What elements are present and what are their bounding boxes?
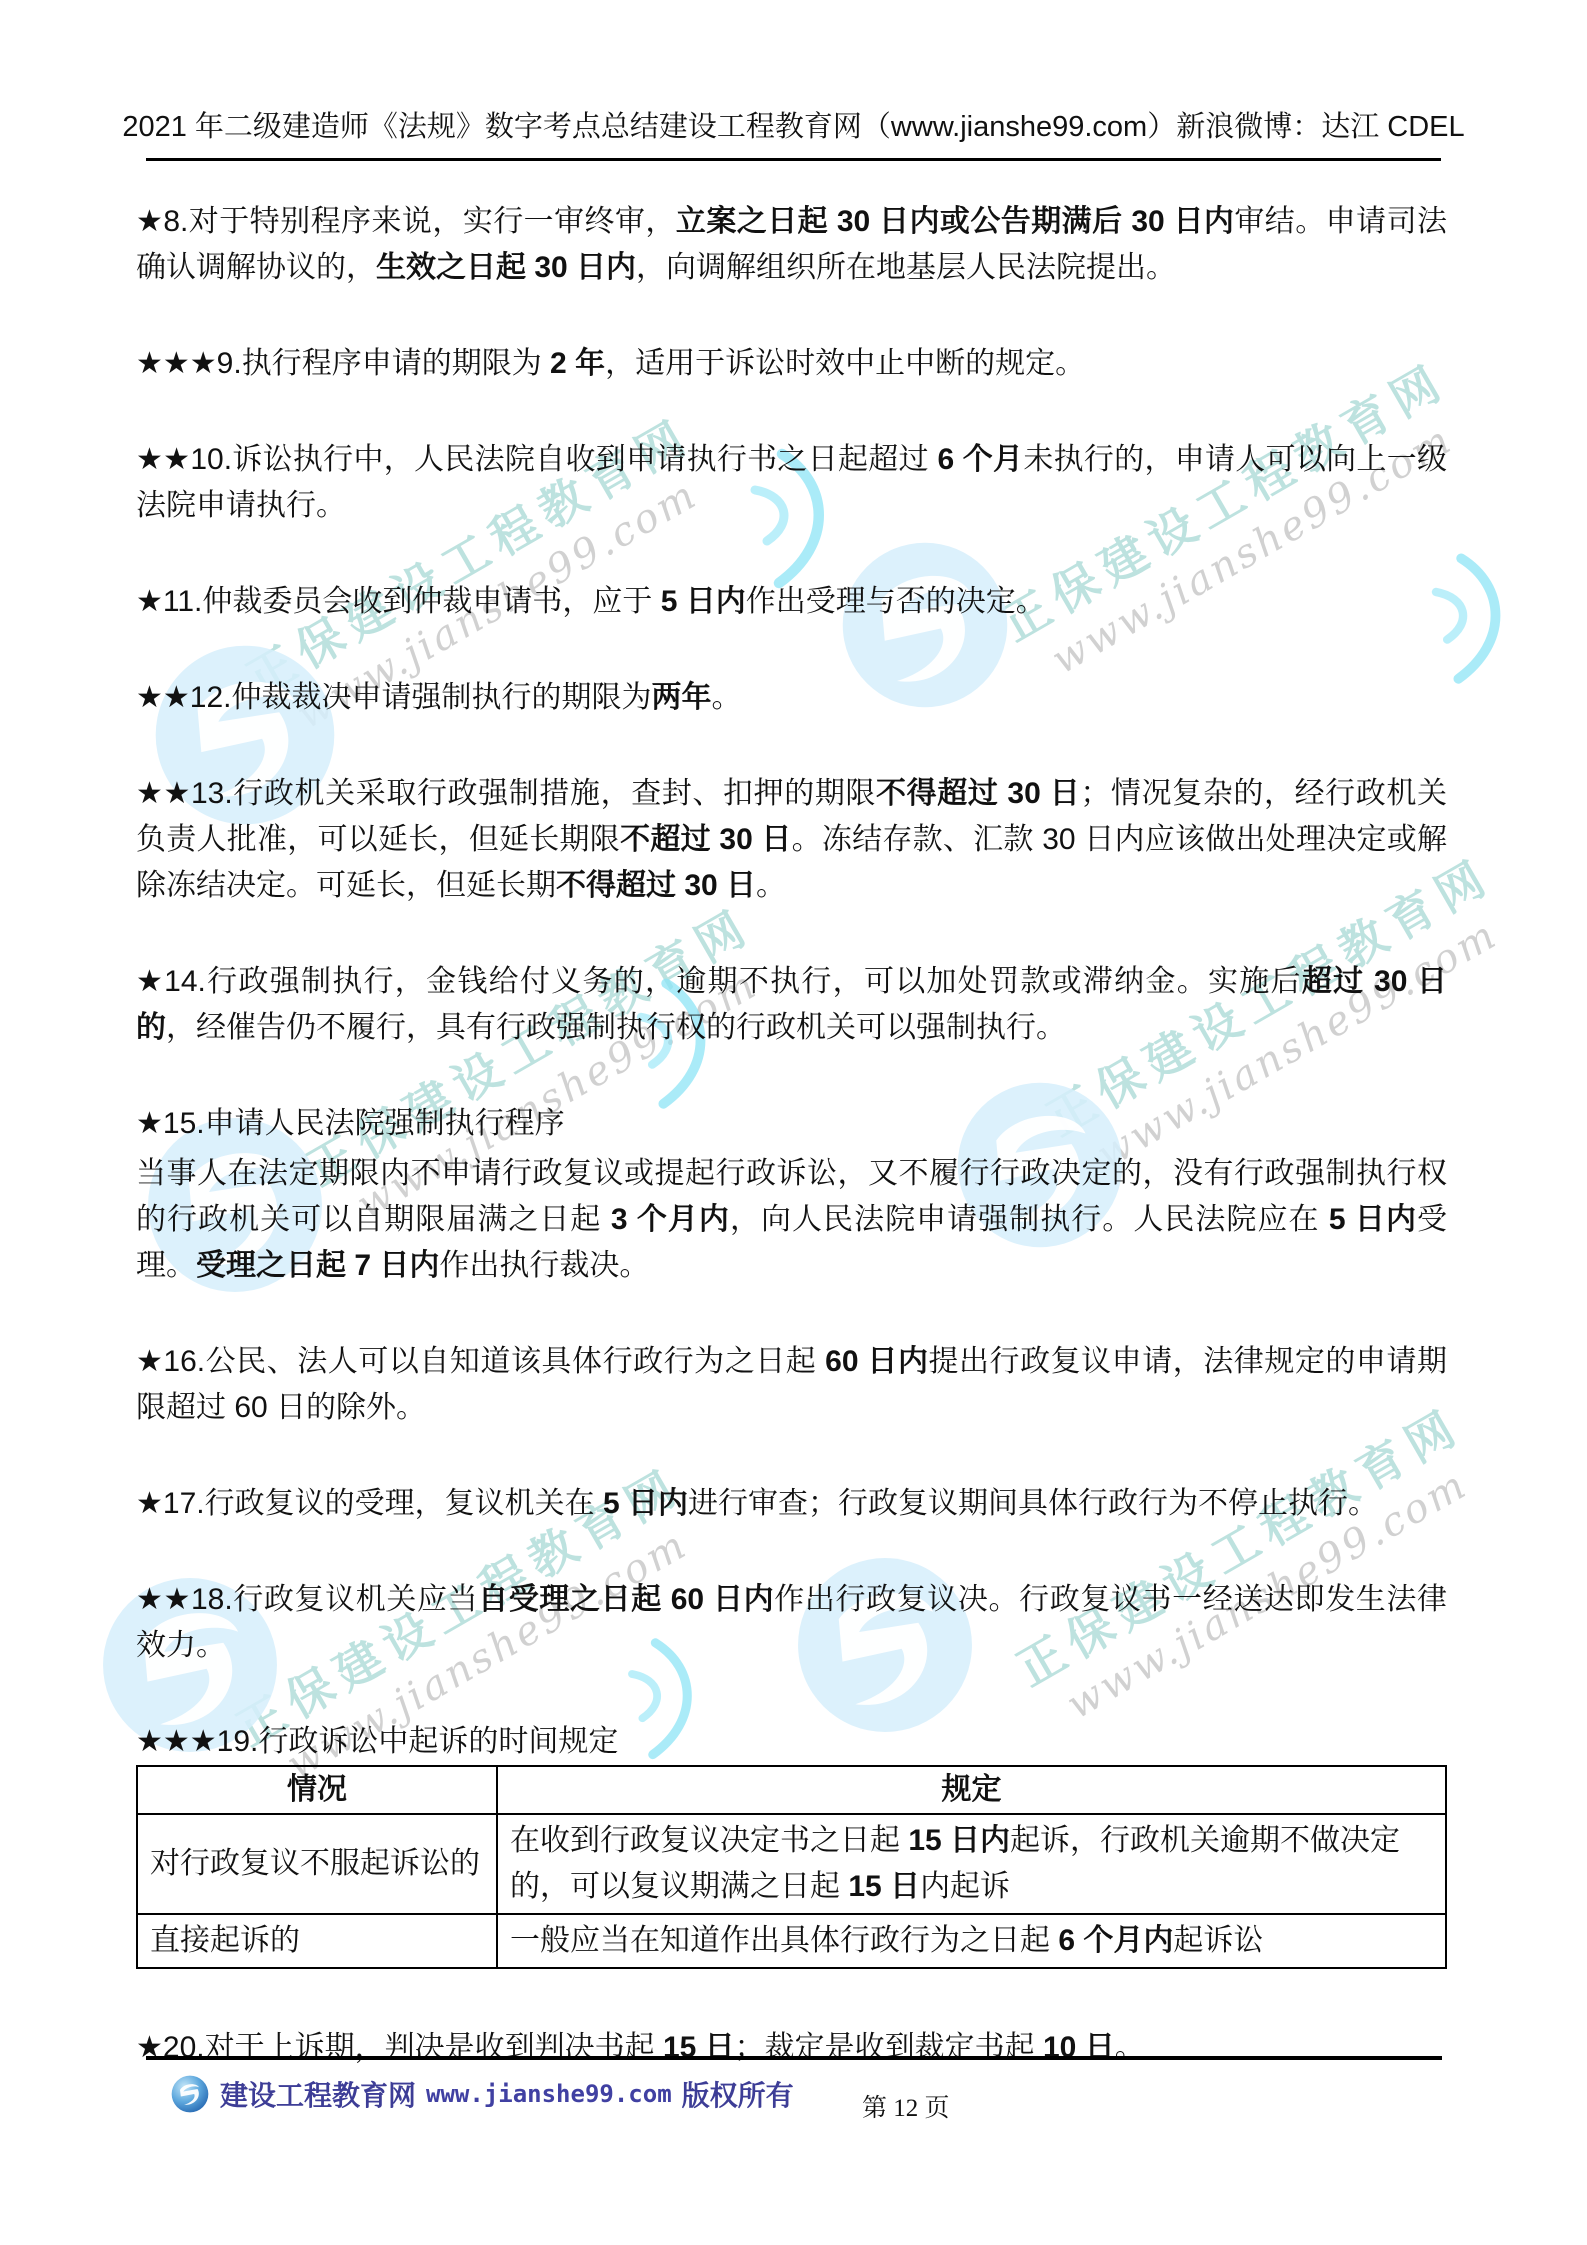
bold-text-run: 5 日内 — [1329, 1203, 1417, 1236]
text-run: ★★12.仲裁裁决申请强制执行的期限为 — [136, 681, 652, 714]
section-heading: ★15.申请人民法院强制执行程序 — [136, 1101, 1447, 1147]
bold-text-run: 5 日内 — [603, 1487, 688, 1520]
text-run: 在收到行政复议决定书之日起 — [510, 1824, 908, 1857]
table-row: 直接起诉的一般应当在知道作出具体行政行为之日起 6 个月内起诉讼 — [137, 1914, 1446, 1968]
bold-text-run: 不得超过 30 日 — [876, 777, 1080, 810]
bold-text-run: 60 日内 — [825, 1345, 928, 1378]
text-run: ，经催告仍不履行，具有行政强制执行权的行政机关可以强制执行。 — [166, 1011, 1066, 1044]
text-run: 进行审查；行政复议期间具体行政行为不停止执行。 — [688, 1487, 1378, 1520]
paragraph: ★8.对于特别程序来说，实行一审终审，立案之日起 30 日内或公告期满后 30 … — [136, 199, 1447, 291]
table-body: 对行政复议不服起诉讼的在收到行政复议决定书之日起 15 日内起诉，行政机关逾期不… — [137, 1814, 1446, 1968]
paragraph: ★★10.诉讼执行中，人民法院自收到申请执行书之日起超过 6 个月未执行的，申请… — [136, 437, 1447, 529]
bold-text-run: 公告期满后 30 日内 — [970, 205, 1234, 238]
text-run: 内起诉 — [920, 1870, 1010, 1903]
bold-text-run: 5 日内 — [661, 585, 746, 618]
deadline-table: 情况规定对行政复议不服起诉讼的在收到行政复议决定书之日起 15 日内起诉，行政机… — [136, 1765, 1447, 1969]
bold-text-run: 6 个月 — [937, 443, 1023, 476]
page-number: 第 12 页 — [862, 2088, 950, 2124]
table-head: 情况规定 — [137, 1766, 1446, 1814]
text-run: 。 — [712, 681, 742, 714]
document-body: ★8.对于特别程序来说，实行一审终审，立案之日起 30 日内或公告期满后 30 … — [0, 161, 1587, 2071]
paragraph: ★★★9.执行程序申请的期限为 2 年，适用于诉讼时效中止中断的规定。 — [136, 341, 1447, 387]
text-run: 。 — [756, 869, 786, 902]
footer-url: www.jianshe99.com — [426, 2080, 672, 2108]
jianshe-logo-icon — [170, 2074, 210, 2114]
bold-text-run: 受理之日起 7 日内 — [196, 1249, 439, 1282]
bold-text-run: 不超过 30 日 — [620, 823, 792, 856]
table-cell: 在收到行政复议决定书之日起 15 日内起诉，行政机关逾期不做决定的，可以复议期满… — [497, 1814, 1446, 1914]
bold-text-run: 2 年 — [550, 347, 605, 380]
paragraph: ★14.行政强制执行，金钱给付义务的，逾期不执行，可以加处罚款或滞纳金。实施后超… — [136, 959, 1447, 1051]
page-header: 2021 年二级建造师《法规》数字考点总结建设工程教育网（www.jianshe… — [0, 0, 1587, 161]
bold-text-run: 不得超过 30 日 — [556, 869, 756, 902]
text-run: 作出受理与否的决定。 — [746, 585, 1046, 618]
paragraph: ★17.行政复议的受理，复议机关在 5 日内进行审查；行政复议期间具体行政行为不… — [136, 1481, 1447, 1527]
paragraph: ★11.仲裁委员会收到仲裁申请书，应于 5 日内作出受理与否的决定。 — [136, 579, 1447, 625]
text-run: ★16.公民、法人可以自知道该具体行政行为之日起 — [136, 1345, 825, 1378]
section-heading: ★★★19.行政诉讼中起诉的时间规定 — [136, 1719, 1447, 1765]
table-cell: 直接起诉的 — [137, 1914, 497, 1968]
text-run: ，适用于诉讼时效中止中断的规定。 — [605, 347, 1085, 380]
bold-text-run: 立案之日起 30 日内 — [676, 205, 940, 238]
bold-text-run: 生效之日起 30 日内 — [376, 251, 636, 284]
text-run: 作出执行裁决。 — [439, 1249, 649, 1282]
paragraph: ★★18.行政复议机关应当自受理之日起 60 日内作出行政复议决。行政复议书一经… — [136, 1577, 1447, 1669]
paragraph: ★★13.行政机关采取行政强制措施，查封、扣押的期限不得超过 30 日；情况复杂… — [136, 771, 1447, 909]
bold-text-run: 15 日内 — [908, 1824, 1010, 1857]
table-row: 对行政复议不服起诉讼的在收到行政复议决定书之日起 15 日内起诉，行政机关逾期不… — [137, 1814, 1446, 1914]
text-run: 起诉讼 — [1173, 1924, 1263, 1957]
paragraph: 当事人在法定期限内不申请行政复议或提起行政诉讼，又不履行行政决定的，没有行政强制… — [136, 1151, 1447, 1289]
footer-divider — [146, 2056, 1442, 2060]
table-header-cell: 情况 — [137, 1766, 497, 1814]
bold-text-run: 或 — [940, 205, 970, 238]
document-page: 正保建设工程教育网www.jianshe99.com正保建设工程教育网www.j… — [0, 0, 1587, 2245]
table-header-cell: 规定 — [497, 1766, 1446, 1814]
table-header-row: 情况规定 — [137, 1766, 1446, 1814]
text-run: 直接起诉的 — [150, 1924, 300, 1957]
text-run: 一般应当在知道作出具体行政行为之日起 — [510, 1924, 1058, 1957]
text-run: ★★10.诉讼执行中，人民法院自收到申请执行书之日起超过 — [136, 443, 937, 476]
bold-text-run: 3 个月内 — [611, 1203, 730, 1236]
bold-text-run: 两年 — [652, 681, 712, 714]
text-run: ★★★19.行政诉讼中起诉的时间规定 — [136, 1725, 618, 1758]
bold-text-run: 自受理之日起 60 日内 — [478, 1583, 774, 1616]
paragraph: ★20.对于上诉期，判决是收到判决书起 15 日；裁定是收到裁定书起 10 日。 — [136, 2025, 1447, 2071]
paragraph: ★16.公民、法人可以自知道该具体行政行为之日起 60 日内提出行政复议申请，法… — [136, 1339, 1447, 1431]
text-run: 对行政复议不服起诉讼的 — [150, 1847, 480, 1880]
text-run: ★★18.行政复议机关应当 — [136, 1583, 478, 1616]
text-run: ，向人民法院申请强制执行。人民法院应在 — [730, 1203, 1329, 1236]
header-title: 2021 年二级建造师《法规》数字考点总结建设工程教育网（www.jianshe… — [0, 110, 1587, 144]
text-run: ，向调解组织所在地基层人民法院提出。 — [636, 251, 1176, 284]
text-run: ★15.申请人民法院强制执行程序 — [136, 1107, 565, 1140]
text-run: ★8.对于特别程序来说，实行一审终审， — [136, 205, 676, 238]
footer-copyright: 版权所有 — [682, 2074, 794, 2114]
footer-brand: 建设工程教育网 www.jianshe99.com 版权所有 — [170, 2074, 794, 2114]
footer-site-name: 建设工程教育网 — [220, 2074, 416, 2114]
text-run: ★★★9.执行程序申请的期限为 — [136, 347, 550, 380]
text-run: ★17.行政复议的受理，复议机关在 — [136, 1487, 603, 1520]
text-run: ★11.仲裁委员会收到仲裁申请书，应于 — [136, 585, 661, 618]
text-run: ★★13.行政机关采取行政强制措施，查封、扣押的期限 — [136, 777, 876, 810]
paragraph: ★★12.仲裁裁决申请强制执行的期限为两年。 — [136, 675, 1447, 721]
table-cell: 对行政复议不服起诉讼的 — [137, 1814, 497, 1914]
table-cell: 一般应当在知道作出具体行政行为之日起 6 个月内起诉讼 — [497, 1914, 1446, 1968]
text-run: ★14.行政强制执行，金钱给付义务的，逾期不执行，可以加处罚款或滞纳金。实施后 — [136, 965, 1302, 998]
bold-text-run: 6 个月内 — [1058, 1924, 1173, 1957]
bold-text-run: 15 日 — [848, 1870, 920, 1903]
